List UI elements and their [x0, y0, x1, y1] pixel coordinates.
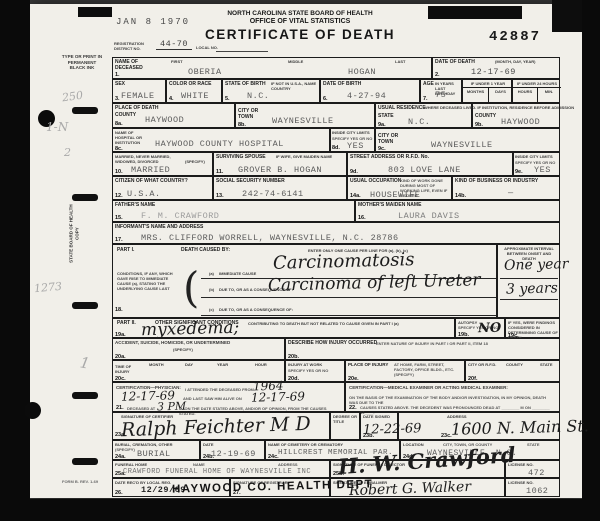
cell-citizenship: CITIZEN OF WHAT COUNTRY? 12. U.S.A. [112, 176, 213, 200]
field-label: DEGREE OR TITLE [333, 414, 359, 424]
cell-industry: KIND OF BUSINESS OR INDUSTRY 14b. — [452, 176, 560, 200]
redaction-bar [72, 107, 98, 114]
value-mother-maiden-name: LAURA DAVIS [398, 211, 460, 221]
field-number: 18. [115, 307, 123, 313]
field-sublabel: (MONTH, DAY, YEAR) [495, 59, 535, 64]
field-label: FATHER'S NAME [115, 202, 155, 208]
field-label: DATE OF DEATH [435, 59, 475, 65]
cell-occupation: USUAL OCCUPATION KIND OF WORK DONE DURIN… [347, 176, 452, 200]
cell-injury-at-work: INJURY AT WORK SPECIFY YES OR NO 20d. [285, 360, 345, 382]
redaction-bar [72, 302, 98, 309]
pencil-mark: 2 [64, 146, 71, 159]
value-date-of-death: 12-17-69 [471, 67, 516, 77]
cell-place-of-death-county: PLACE OF DEATH COUNTY 8a. HAYWOOD [112, 103, 235, 128]
column-header: DAY [185, 362, 193, 367]
interval-line [500, 299, 558, 300]
column-header: COUNTY [506, 362, 523, 367]
local-no-label: LOCAL NO. [196, 45, 218, 50]
field-number: 13. [216, 193, 224, 199]
cause-a-prefix: (a) [209, 271, 214, 276]
value-age: 75 [435, 90, 446, 100]
column-header: MONTH [149, 362, 164, 367]
cell-place-of-injury: PLACE OF INJURY AT HOME, FARM, STREET, F… [345, 360, 465, 382]
field-label: CITIZEN OF WHAT COUNTRY? [115, 178, 205, 184]
value-surviving-spouse: GROVER B. HOGAN [238, 165, 322, 175]
column-header: FIRST [171, 59, 183, 64]
field-label: AGE [423, 81, 434, 87]
cell-if-under-24-hours: IF UNDER 24 HOURS HOURS MIN. [512, 79, 560, 103]
part1-label: PART I. [117, 247, 134, 253]
field-label: INSIDE CITY LIMITS [515, 154, 559, 159]
value-interval-b: 3 years [506, 280, 558, 297]
cell-ssn: SOCIAL SECURITY NUMBER 13. 242-74-6141 [213, 176, 347, 200]
value-autopsy: NO [478, 321, 502, 337]
registration-district-value: 44-70 [156, 39, 192, 50]
field-label: NAME OF DECEASED [115, 59, 149, 71]
field-label: SEX [115, 81, 125, 87]
field-label: COLOR OR RACE [169, 81, 221, 87]
cell-certifier-address: ADDRESS 23c. 1600 N. Main St. [398, 412, 560, 440]
field-label: COUNTY [115, 112, 136, 118]
field-label: SOCIAL SECURITY NUMBER [216, 178, 285, 184]
column-header: HOUR [255, 362, 267, 367]
cell-burial-date: DATE 24b. 12-19-69 [200, 440, 265, 460]
value-funeral-home: CRAWFORD FUNERAL HOME OF WAYNESVILLE INC [123, 468, 311, 476]
value-residence-state: N.C. [408, 117, 430, 127]
value-license-number: 1062 [526, 486, 548, 496]
value-first-name: OBERIA [188, 67, 222, 77]
cell-age: AGE IN YEARS LAST BIRTHDAY 7. 75 [420, 79, 462, 103]
value-ssn: 242-74-6141 [242, 189, 304, 199]
header-office: OFFICE OF VITAL STATISTICS [0, 18, 600, 25]
value-street-address: 803 LOVE LANE [388, 165, 461, 175]
field-sublabel: IF NOT IN U.S.A., NAME COUNTRY [271, 81, 319, 91]
field-label: INFORMANT'S NAME AND ADDRESS [115, 224, 203, 230]
field-number: 9e. [515, 169, 523, 175]
field-label: INJURY AT WORK [288, 362, 338, 367]
value-marital-status: MARRIED [131, 165, 170, 175]
column-header: MONTHS [463, 89, 488, 94]
cause-c-line [201, 315, 496, 316]
cell-signature-of-certifier: SIGNATURE OF CERTIFIER 23a. Ralph Feicht… [112, 412, 330, 440]
column-header: YEAR [217, 362, 228, 367]
value-certifier-address: 1600 N. Main St. [451, 416, 589, 439]
conditions-note: CONDITIONS, IF ANY, WHICH GAVE RISE TO I… [117, 271, 179, 291]
cell-place-of-death-city: CITY OR TOWN 8b. WAYNESVILLE [235, 103, 375, 128]
header-board: NORTH CAROLINA STATE BOARD OF HEALTH [0, 10, 600, 17]
field-number: 26. [115, 490, 123, 496]
value-license-number: 472 [528, 468, 545, 478]
cell-date-of-death: DATE OF DEATH (MONTH, DAY, YEAR) 2. 12-1… [432, 57, 560, 79]
field-number: 7. [423, 96, 428, 102]
column-header: LAST [395, 59, 405, 64]
cell-residence-city: CITY OR TOWN 9c. WAYNESVILLE [375, 128, 560, 152]
cell-burial: BURIAL, CREMATION, OTHER (SPECIFY) 24a. … [112, 440, 200, 460]
copy-note: STATE BOARD OF HEALTH COPY [68, 200, 79, 268]
field-number: 8d. [332, 145, 340, 151]
field-number: 22. [349, 405, 357, 411]
value-father-name: F. M. CRAWFORD [141, 211, 219, 221]
cell-date-signed: DATE SIGNED 23b. 12-22-69 [360, 412, 398, 440]
pencil-mark: 1273 [33, 280, 62, 295]
cell-autopsy: AUTOPSY SPECIFY YES OR NO 19b. NO [455, 318, 505, 338]
cell-certification-physician: CERTIFICATION—PHYSICIAN: I ATTENDED THE … [112, 382, 345, 412]
cell-license-embalmer: LICENSE NO. 1062 [505, 478, 560, 497]
field-number: 4. [169, 96, 174, 102]
value-interval-a: One year [504, 256, 569, 274]
field-number: 1. [115, 72, 120, 78]
cell-residence-county: COUNTY 9b. HAYWOOD [472, 103, 560, 128]
cell-funeral-home: FUNERAL HOME NAME ADDRESS 25a. CRAWFORD … [112, 460, 330, 478]
value-burial-date: 12-19-69 [211, 449, 256, 459]
column-header: ADDRESS [278, 462, 298, 467]
cell-accident-suicide: ACCIDENT, SUICIDE, HOMICIDE, OR UNDETERM… [112, 338, 285, 360]
field-number: 23c. [441, 433, 452, 439]
serial-number: 42887 [489, 29, 541, 45]
column-header: MIDDLE [288, 59, 303, 64]
field-label: PLACE OF INJURY [348, 362, 388, 367]
field-label: USUAL OCCUPATION [350, 178, 401, 184]
value-sex: FEMALE [121, 91, 155, 101]
cell-surviving-spouse: SURVIVING SPOUSE IF WIFE, GIVE MAIDEN NA… [213, 152, 347, 176]
cell-if-under-1-year: IF UNDER 1 YEAR MONTHS DAYS [462, 79, 512, 103]
cause-c-prefix: (c) [209, 307, 214, 312]
value-residence-county: HAYWOOD [501, 117, 540, 127]
section-label: PLACE OF DEATH [115, 105, 159, 111]
field-label: ADDRESS [447, 414, 467, 419]
field-number: 9d. [350, 169, 358, 175]
field-label: DEATH CAUSED BY: [181, 247, 230, 253]
form-revision-note: FORM B. REV. 1-69 [62, 479, 106, 484]
certification-text: ON THE BASIS OF THE EXAMINATION OF THE B… [349, 395, 554, 405]
field-number: 21. [116, 405, 124, 411]
field-number: 10. [115, 169, 123, 175]
value-occupation: HOUSEWIFE [370, 190, 420, 200]
print-note: TYPE OR PRINT IN PERMANENT BLACK INK [60, 54, 104, 71]
field-label: COUNTY [475, 113, 496, 119]
field-number: 3. [115, 96, 120, 102]
cause-b-prefix: (b) [209, 287, 214, 292]
value-burial: BURIAL [137, 449, 171, 459]
field-number: 17. [115, 237, 123, 243]
field-sublabel: AT HOME, FARM, STREET, FACTORY, OFFICE B… [394, 362, 464, 377]
field-number: 16. [358, 215, 366, 221]
field-label: DESCRIBE HOW INJURY OCCURRED [288, 340, 377, 346]
value-last-name: HOGAN [348, 67, 376, 77]
field-sublabel: (SPECIFY) [173, 347, 193, 352]
field-label: STATE OF BIRTH [225, 81, 266, 87]
field-label: CITY OR TOWN [378, 133, 402, 145]
field-label: IF UNDER 1 YEAR [463, 81, 513, 86]
field-number: 15. [115, 215, 123, 221]
field-label: DATE OF BIRTH [323, 81, 361, 87]
field-label: LOCATION [403, 442, 424, 447]
value-inside-city-limits: YES [347, 141, 364, 151]
punch-hole-bottom [24, 402, 41, 419]
field-label: MOTHER'S MAIDEN NAME [358, 202, 421, 208]
field-label: NAME OF HOSPITAL OR INSTITUTION [115, 130, 149, 145]
value-immediate-cause: Carcinomatosis [273, 249, 415, 274]
field-label: INSIDE CITY LIMITS [332, 130, 374, 135]
field-number: 2. [435, 72, 440, 78]
cell-sex: SEX 3. FEMALE [112, 79, 166, 103]
section-label: USUAL RESIDENCE [378, 105, 426, 111]
cell-how-injury-occurred: DESCRIBE HOW INJURY OCCURRED ENTER NATUR… [285, 338, 560, 360]
field-sublabel: (SPECIFY) [185, 159, 205, 164]
scanned-death-certificate: TYPE OR PRINT IN PERMANENT BLACK INK STA… [0, 0, 600, 521]
column-header: STATE [540, 362, 553, 367]
cell-race: COLOR OR RACE 4. WHITE [166, 79, 222, 103]
cell-interval-onset-death: APPROXIMATE INTERVAL BETWEEN ONSET AND D… [497, 244, 560, 318]
scan-edge-bottom [0, 499, 600, 521]
field-note: CONTRIBUTING TO DEATH BUT NOT RELATED TO… [248, 321, 453, 326]
cell-marital-status: MARRIED, NEVER MARRIED, WIDOWED, DIVORCE… [112, 152, 213, 176]
field-number: 8a. [115, 121, 123, 127]
field-number: 5. [225, 96, 230, 102]
value-hospital: HAYWOOD COUNTY HOSPITAL [155, 139, 284, 149]
value-industry: — [508, 188, 514, 198]
field-label: SURVIVING SPOUSE [216, 154, 266, 160]
value-last-seen-alive: 12-17-69 [251, 389, 305, 404]
cell-part1-cause-of-death: PART I. DEATH CAUSED BY: ENTER ONLY ONE … [112, 244, 497, 318]
cause-c-label: DUE TO, OR AS A CONSEQUENCE OF: [219, 307, 293, 312]
cell-certification-medical-examiner: CERTIFICATION—MEDICAL EXAMINER OR ACTING… [345, 382, 560, 412]
brace-glyph: ( [183, 263, 199, 312]
value-death-city: WAYNESVILLE [272, 116, 334, 126]
redaction-bar [72, 392, 98, 399]
cause-b-line [201, 297, 496, 298]
value-race: WHITE [181, 91, 209, 101]
scan-edge-right [582, 0, 600, 521]
field-label: DATE [203, 442, 214, 447]
field-number: 11. [216, 169, 223, 175]
cell-inside-city-limits-death: INSIDE CITY LIMITS SPECIFY YES OR NO 8d.… [330, 128, 375, 152]
column-header: DAYS [488, 89, 513, 94]
field-label: FUNERAL HOME [115, 462, 147, 467]
field-number: 14a. [350, 193, 361, 199]
field-label: STREET ADDRESS OR R.F.D. No. [350, 154, 429, 160]
cell-hospital: NAME OF HOSPITAL OR INSTITUTION 8c. HAYW… [112, 128, 330, 152]
value-date-of-birth: 4-27-94 [347, 91, 386, 101]
cell-injury-location: CITY OR R.F.D. COUNTY STATE 20f. [465, 360, 560, 382]
field-sublabel: IF WIFE, GIVE MAIDEN NAME [276, 154, 344, 159]
cell-father-name: FATHER'S NAME 15. F. M. CRAWFORD [112, 200, 355, 222]
pencil-mark: 1-N [46, 120, 68, 134]
cell-part2-other-conditions: PART II. OTHER SIGNIFICANT CONDITIONS CO… [112, 318, 455, 338]
certification-text: I ATTENDED THE DECEASED FROM [185, 387, 254, 392]
field-sublabel: SPECIFY YES OR NO [288, 368, 338, 373]
cell-residence-state: USUAL RESIDENCE WHERE DECEASED LIVED. IF… [375, 103, 472, 128]
column-header: CITY OR R.F.D. [468, 362, 496, 367]
cell-street-address: STREET ADDRESS OR R.F.D. No. 9d. 803 LOV… [347, 152, 513, 176]
field-label: LICENSE NO. [508, 480, 534, 485]
value-state-of-birth: N.C. [247, 91, 269, 101]
cell-name-of-deceased: NAME OF DECEASED 1. FIRST MIDDLE LAST OB… [112, 57, 432, 79]
certification-text: AND LAST SAW HIM ALIVE ON [183, 396, 242, 401]
value-residence-city: WAYNESVILLE [431, 140, 493, 150]
local-no-blank [216, 51, 268, 52]
scan-edge-left [0, 0, 30, 521]
cell-inside-city-limits-residence: INSIDE CITY LIMITS SPECIFY YES OR NO 9e.… [513, 152, 560, 176]
value-other-conditions: myxedema; [141, 318, 240, 341]
field-number: 6. [323, 96, 328, 102]
certification-me-label: CERTIFICATION—MEDICAL EXAMINER OR ACTING… [349, 385, 554, 391]
interval-line [500, 278, 558, 279]
cell-state-of-birth: STATE OF BIRTH IF NOT IN U.S.A., NAME CO… [222, 79, 320, 103]
field-sublabel: (SPECIFY) [115, 447, 135, 452]
value-death-county: HAYWOOD [145, 115, 184, 125]
redaction-bar [72, 458, 98, 465]
field-number: 12. [115, 193, 123, 199]
field-label: KIND OF BUSINESS OR INDUSTRY [455, 178, 545, 184]
field-label: ACCIDENT, SUICIDE, HOMICIDE, OR UNDETERM… [115, 340, 265, 346]
column-header: HOURS [513, 89, 537, 94]
field-label: IF UNDER 24 HOURS [513, 81, 561, 86]
cell-date-of-birth: DATE OF BIRTH 6. 4-27-94 [320, 79, 420, 103]
field-number: 14b. [455, 193, 466, 199]
field-label: STATE [378, 113, 394, 119]
field-label: DATE SIGNED [363, 414, 397, 419]
column-header: NAME [193, 462, 205, 467]
cell-mother-maiden-name: MOTHER'S MAIDEN NAME 16. LAURA DAVIS [355, 200, 560, 222]
cause-a-label: IMMEDIATE CAUSE [219, 271, 256, 276]
cell-autopsy-findings: IF YES, WERE FINDINGS CONSIDERED IN DETE… [505, 318, 560, 338]
certification-text: DECEASED AT [127, 406, 155, 411]
field-label: TIME OF INJURY [115, 364, 135, 374]
value-citizenship: U.S.A. [127, 189, 161, 199]
value-inside-city-limits: YES [534, 165, 551, 175]
field-label: MARRIED, NEVER MARRIED, WIDOWED, DIVORCE… [115, 154, 185, 164]
value-underlying-cause: Carcinoma of left Ureter [268, 270, 481, 296]
column-header: MIN. [537, 89, 561, 94]
column-header: STATE [527, 442, 540, 447]
field-label: CITY OR TOWN [238, 108, 262, 120]
field-label: NAME OF CEMETERY OR CREMATORY [268, 442, 388, 447]
part2-label: PART II. [117, 320, 136, 326]
value-informant: MRS. CLIFFORD WORRELL, WAYNESVILLE, N.C.… [141, 233, 399, 243]
registration-district-label: REGISTRATION DISTRICT NO. [114, 41, 154, 51]
field-sublabel: ENTER NATURE OF INJURY IN PART I OR PART… [376, 341, 556, 346]
cell-informant: INFORMANT'S NAME AND ADDRESS 17. MRS. CL… [112, 222, 560, 244]
cell-degree-or-title: DEGREE OR TITLE [330, 412, 360, 440]
